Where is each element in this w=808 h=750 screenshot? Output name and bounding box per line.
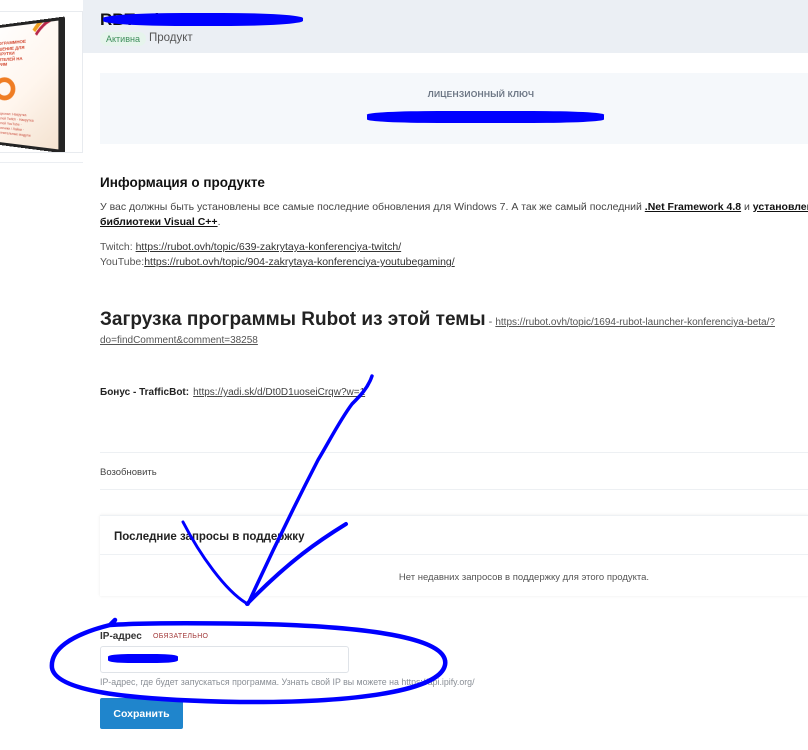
bonus-line: Бонус - TrafficBot:https://yadi.sk/d/Dt0… xyxy=(100,387,365,398)
required-badge: ОБЯЗАТЕЛЬНО xyxy=(153,633,208,640)
info-section-title: Информация о продукте xyxy=(100,175,265,190)
license-key-box: ЛИЦЕНЗИОННЫЙ КЛЮЧ xyxy=(100,73,808,144)
bonus-link[interactable]: https://yadi.sk/d/Dt0D1uoseiCrqw?w=1 xyxy=(193,387,365,398)
ip-field-hint: IP-адрес, где будет запускаться программ… xyxy=(100,677,475,687)
divider xyxy=(100,554,808,555)
twitch-link[interactable]: https://rubot.ovh/topic/639-zakrytaya-ko… xyxy=(136,241,402,253)
redaction-ip-value xyxy=(108,654,178,663)
product-box-art: ПРОГРАММНОЕ РЕШЕНИЕ ДЛЯ НАКРУТКИ ЗРИТЕЛЕ… xyxy=(0,16,65,153)
youtube-line: YouTube:https://rubot.ovh/topic/904-zakr… xyxy=(100,256,455,268)
support-requests-card: Последние запросы в поддержку Нет недавн… xyxy=(100,515,808,596)
ip-field-label: IP-адрес xyxy=(100,631,142,642)
vcpp-link[interactable]: установлены xyxy=(753,201,808,213)
license-key-label: ЛИЦЕНЗИОННЫЙ КЛЮЧ xyxy=(100,89,808,99)
product-type: Продукт xyxy=(149,32,193,44)
download-link[interactable]: https://rubot.ovh/topic/1694-rubot-launc… xyxy=(495,317,775,328)
support-title: Последние запросы в поддержку xyxy=(114,531,304,543)
product-box-headline: ПРОГРАММНОЕ РЕШЕНИЕ ДЛЯ НАКРУТКИ ЗРИТЕЛЕ… xyxy=(0,38,38,68)
redaction-license-key[interactable] xyxy=(367,111,604,123)
info-text: У вас должны быть установлены все самые … xyxy=(100,200,808,230)
download-link-cont[interactable]: do=findComment&comment=38258 xyxy=(100,335,258,346)
product-image: ПРОГРАММНОЕ РЕШЕНИЕ ДЛЯ НАКРУТКИ ЗРИТЕЛЕ… xyxy=(0,11,83,153)
status-badge: Активна xyxy=(100,32,146,46)
product-header-band xyxy=(83,0,808,53)
vcpp-link-cont[interactable]: библиотеки Visual C++ xyxy=(100,216,218,228)
save-button[interactable]: Сохранить xyxy=(100,698,183,729)
support-empty-text: Нет недавних запросов в поддержку для эт… xyxy=(100,572,808,583)
netframework-link[interactable]: .Net Framework 4.8 xyxy=(645,201,741,213)
twitch-line: Twitch: https://rubot.ovh/topic/639-zakr… xyxy=(100,241,401,253)
redaction-title xyxy=(103,13,303,26)
divider xyxy=(100,452,808,453)
product-box-features: Функционал: Накрутка зрителей Twitch · Н… xyxy=(0,111,34,139)
aperture-logo-icon xyxy=(0,77,15,101)
renew-link[interactable]: Возобновить xyxy=(100,467,157,478)
divider xyxy=(0,162,83,163)
youtube-link[interactable]: https://rubot.ovh/topic/904-zakrytaya-ko… xyxy=(144,256,455,268)
download-heading: Загрузка программы Rubot из этой темы - … xyxy=(100,309,775,331)
divider xyxy=(100,489,808,490)
